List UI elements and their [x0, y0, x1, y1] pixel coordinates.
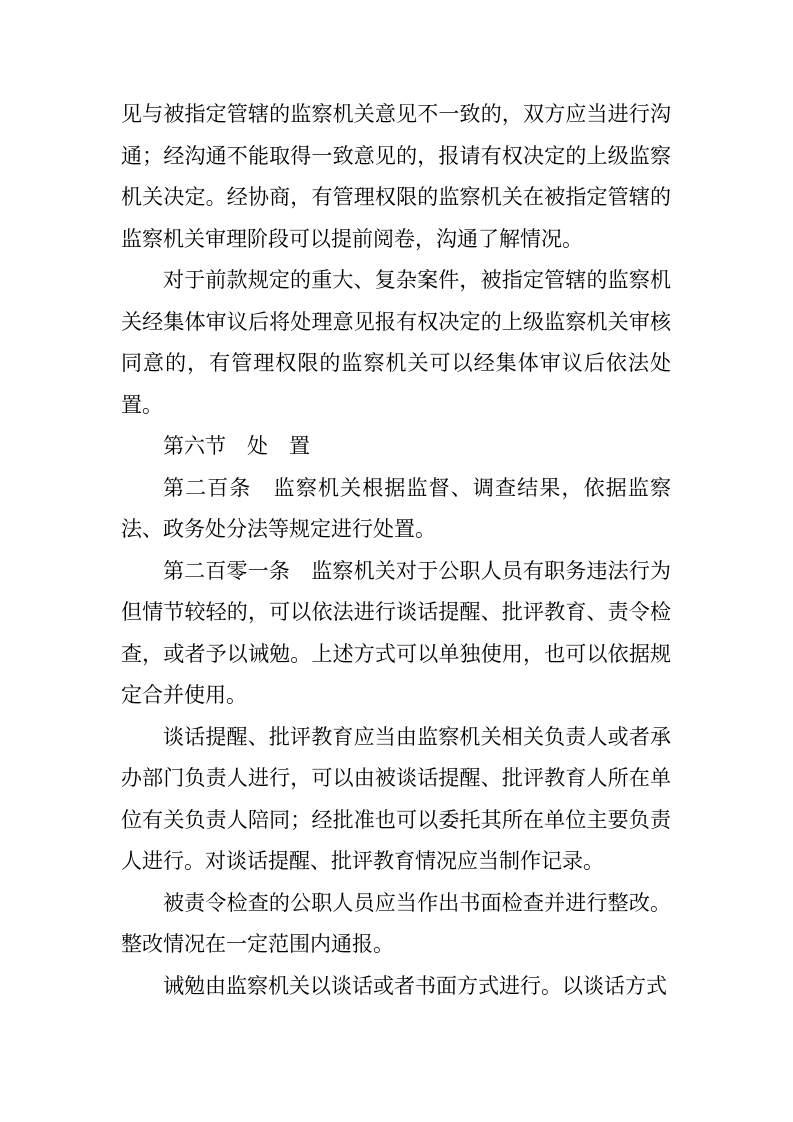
- section-heading: 第六节 处 置: [121, 426, 671, 468]
- paragraph: 诫勉由监察机关以谈话或者书面方式进行。以谈话方式: [121, 966, 671, 1008]
- paragraph-continuation: 见与被指定管辖的监察机关意见不一致的，双方应当进行沟通；经沟通不能取得一致意见的…: [121, 94, 671, 260]
- document-page: 见与被指定管辖的监察机关意见不一致的，双方应当进行沟通；经沟通不能取得一致意见的…: [0, 0, 793, 1122]
- paragraph: 被责令检查的公职人员应当作出书面检查并进行整改。整改情况在一定范围内通报。: [121, 883, 671, 966]
- paragraph: 谈话提醒、批评教育应当由监察机关相关负责人或者承办部门负责人进行，可以由被谈话提…: [121, 717, 671, 883]
- document-body: 见与被指定管辖的监察机关意见不一致的，双方应当进行沟通；经沟通不能取得一致意见的…: [121, 94, 671, 1007]
- paragraph: 第二百零一条 监察机关对于公职人员有职务违法行为但情节较轻的，可以依法进行谈话提…: [121, 551, 671, 717]
- paragraph: 第二百条 监察机关根据监督、调查结果，依据监察法、政务处分法等规定进行处置。: [121, 468, 671, 551]
- paragraph: 对于前款规定的重大、复杂案件，被指定管辖的监察机关经集体审议后将处理意见报有权决…: [121, 260, 671, 426]
